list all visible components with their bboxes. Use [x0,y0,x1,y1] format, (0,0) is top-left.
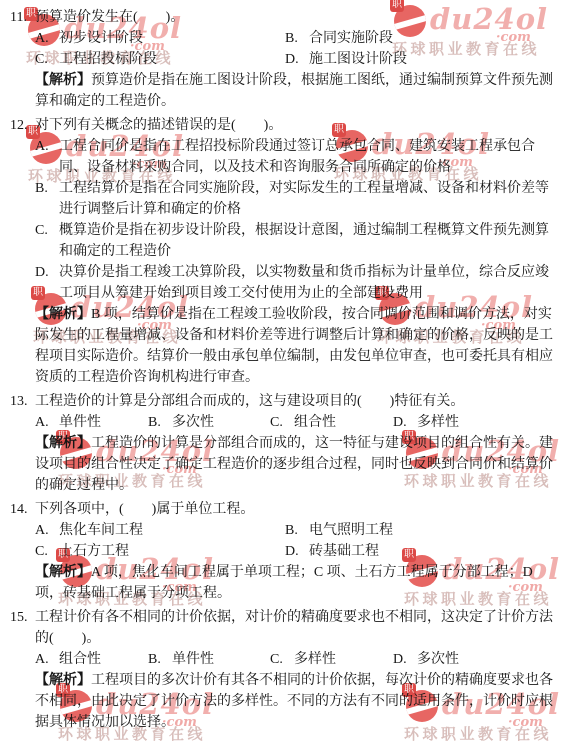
options-group: A. 工程合同价是指在工程招投标阶段通过签订总承包合同、建筑安装工程承包合同、设… [35,136,562,304]
option-text: 工程结算价是指在合同实施阶段，对实际发生的工程量增减、设备和材料价差等进行调整后… [59,178,562,220]
question-item: 12. 对下列有关概念的描述错误的是( )。 A. 工程合同价是指在工程招投标阶… [10,115,562,388]
question-number: 11. [10,7,35,112]
option-row: A. 初步设计阶段 [35,28,285,49]
question-stem: 工程计价有各不相同的计价依据，对计价的精确度要求也不相同，这决定了计价方法的( … [35,607,562,649]
question-item: 11. 预算造价发生在( )。 A. 初步设计阶段 B. 合同实施阶段 C. 工… [10,7,562,112]
option-row: A. 单件性 [35,412,148,433]
analysis-label: 【解析】 [35,436,91,451]
option-label: A. [35,520,59,541]
option-label: D. [393,649,417,670]
option-row: D. 施工图设计阶段 [285,49,562,70]
options-group: A. 焦化车间工程 B. 电气照明工程 C. 土石方工程 D. 砖基础工程 [35,520,562,562]
question-stem: 对下列有关概念的描述错误的是( )。 [35,115,562,136]
option-label: D. [285,49,309,70]
option-row: C. 概算造价是指在初步设计阶段，根据设计意图，通过编制工程概算文件预先测算和确… [35,220,562,262]
option-label: A. [35,649,59,670]
option-text: 组合性 [59,649,148,670]
option-row: C. 组合性 [270,412,393,433]
option-label: C. [35,220,59,262]
question-number: 15. [10,607,35,733]
analysis-text: 工程造价的计算是分部组合而成的，这一特征与建设项目的组合性有关。建设项目的组合性… [35,436,553,493]
question-item: 13. 工程造价的计算是分部组合而成的，这与建设项目的( )特征有关。 A. 单… [10,391,562,496]
option-label: B. [35,178,59,220]
exam-page: 职 du24ol ·com 环球职业教育在线 职 du24ol ·com 环球职… [0,0,570,744]
options-group: A. 初步设计阶段 B. 合同实施阶段 C. 工程招投标阶段 D. 施工图设计阶… [35,28,562,70]
option-label: B. [148,649,172,670]
option-label: A. [35,136,59,178]
options-group: A. 组合性 B. 单件性 C. 多样性 D. 多次性 [35,649,562,670]
analysis-paragraph: 【解析】B 项，结算价是指在工程竣工验收阶段，按合同调价范围和调价方法，对实际发… [35,304,562,388]
option-text: 多次性 [417,649,562,670]
option-text: 工程合同价是指在工程招投标阶段通过签订总承包合同、建筑安装工程承包合同、设备材料… [59,136,562,178]
option-text: 单件性 [59,412,148,433]
option-text: 概算造价是指在初步设计阶段，根据设计意图，通过编制工程概算文件预先测算和确定的工… [59,220,562,262]
option-label: B. [285,28,309,49]
analysis-paragraph: 【解析】工程造价的计算是分部组合而成的，这一特征与建设项目的组合性有关。建设项目… [35,433,562,496]
option-text: 组合性 [294,412,393,433]
option-text: 施工图设计阶段 [309,49,562,70]
option-text: 焦化车间工程 [59,520,285,541]
option-label: A. [35,412,59,433]
option-text: 多样性 [294,649,393,670]
option-row: B. 电气照明工程 [285,520,562,541]
option-text: 合同实施阶段 [309,28,562,49]
option-row: B. 多次性 [148,412,270,433]
option-label: D. [35,262,59,304]
analysis-text: 预算造价是指在施工图设计阶段，根据施工图纸，通过编制预算文件预先测算和确定的工程… [35,73,553,109]
analysis-paragraph: 【解析】预算造价是指在施工图设计阶段，根据施工图纸，通过编制预算文件预先测算和确… [35,70,562,112]
option-row: A. 焦化车间工程 [35,520,285,541]
option-text: 单件性 [172,649,270,670]
option-label: B. [148,412,172,433]
question-stem: 预算造价发生在( )。 [35,7,562,28]
analysis-label: 【解析】 [35,73,91,88]
option-text: 电气照明工程 [309,520,562,541]
option-text: 土石方工程 [59,541,285,562]
option-label: C. [270,412,294,433]
question-stem: 工程造价的计算是分部组合而成的，这与建设项目的( )特征有关。 [35,391,562,412]
option-row: C. 工程招投标阶段 [35,49,285,70]
question-item: 15. 工程计价有各不相同的计价依据，对计价的精确度要求也不相同，这决定了计价方… [10,607,562,733]
option-label: D. [393,412,417,433]
option-text: 工程招投标阶段 [59,49,285,70]
analysis-label: 【解析】 [35,673,91,688]
question-number: 14. [10,499,35,604]
option-row: A. 工程合同价是指在工程招投标阶段通过签订总承包合同、建筑安装工程承包合同、设… [35,136,562,178]
option-row: A. 组合性 [35,649,148,670]
option-row: C. 土石方工程 [35,541,285,562]
analysis-text: 工程项目的多次计价有其各不相同的计价依据，每次计价的精确度要求也各不相同，由此决… [35,673,553,730]
option-row: B. 合同实施阶段 [285,28,562,49]
option-label: B. [285,520,309,541]
option-text: 多次性 [172,412,270,433]
options-group: A. 单件性 B. 多次性 C. 组合性 D. 多样性 [35,412,562,433]
analysis-paragraph: 【解析】A 项，焦化车间工程属于单项工程；C 项、土石方工程属于分部工程；D 项… [35,562,562,604]
option-text: 初步设计阶段 [59,28,285,49]
question-number: 12. [10,115,35,388]
analysis-label: 【解析】 [35,565,91,580]
option-text: 多样性 [417,412,562,433]
option-text: 决算价是指工程竣工决算阶段，以实物数量和货币指标为计量单位，综合反应竣工项目从筹… [59,262,562,304]
option-row: D. 多样性 [393,412,562,433]
option-label: D. [285,541,309,562]
option-label: C. [270,649,294,670]
question-item: 14. 下列各项中，( )属于单位工程。 A. 焦化车间工程 B. 电气照明工程… [10,499,562,604]
analysis-text: B 项，结算价是指在工程竣工验收阶段，按合同调价范围和调价方法，对实际发生的工程… [35,307,553,385]
option-label: A. [35,28,59,49]
option-label: C. [35,541,59,562]
question-stem: 下列各项中，( )属于单位工程。 [35,499,562,520]
analysis-label: 【解析】 [35,307,91,322]
question-list: 11. 预算造价发生在( )。 A. 初步设计阶段 B. 合同实施阶段 C. 工… [10,7,562,733]
option-row: C. 多样性 [270,649,393,670]
option-row: D. 多次性 [393,649,562,670]
option-row: D. 砖基础工程 [285,541,562,562]
option-row: B. 单件性 [148,649,270,670]
option-text: 砖基础工程 [309,541,562,562]
analysis-text: A 项，焦化车间工程属于单项工程；C 项、土石方工程属于分部工程；D 项，砖基础… [35,565,533,601]
option-row: D. 决算价是指工程竣工决算阶段，以实物数量和货币指标为计量单位，综合反应竣工项… [35,262,562,304]
option-row: B. 工程结算价是指在合同实施阶段，对实际发生的工程量增减、设备和材料价差等进行… [35,178,562,220]
analysis-paragraph: 【解析】工程项目的多次计价有其各不相同的计价依据，每次计价的精确度要求也各不相同… [35,670,562,733]
question-number: 13. [10,391,35,496]
option-label: C. [35,49,59,70]
